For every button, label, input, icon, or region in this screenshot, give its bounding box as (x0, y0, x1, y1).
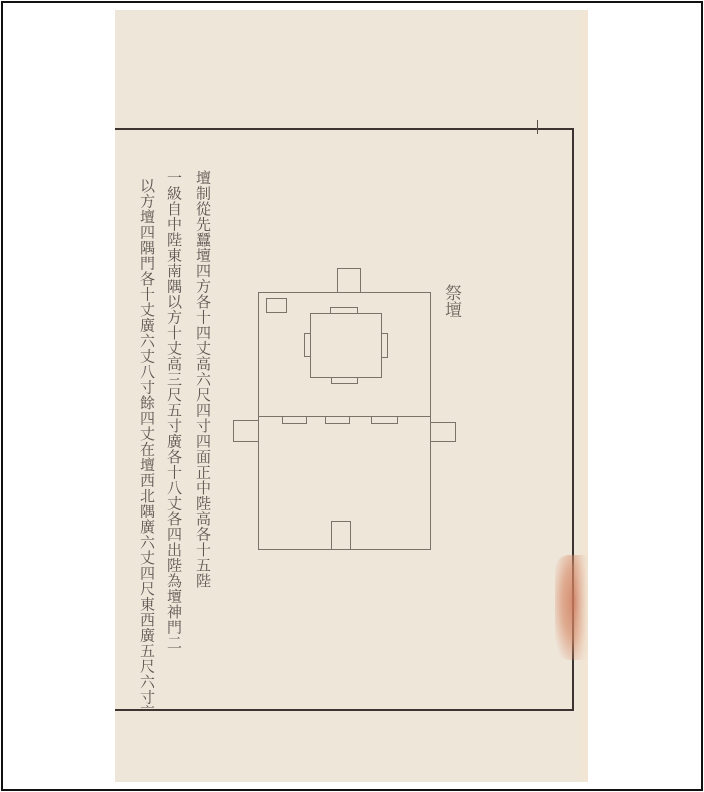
west-gate-stub (233, 420, 259, 442)
small-pavilion (266, 298, 287, 313)
east-gate-stub (430, 422, 456, 442)
altar-west-steps (304, 333, 311, 357)
altar-east-steps (381, 333, 388, 358)
red-seal-stamp (555, 555, 588, 660)
diagram-label: 祭壇 (441, 284, 461, 318)
document-page: 壇制從先蠶壇四方各十四丈高六尺四寸四面正中陛高各十五陛 一級自中陛東南隅以方十丈… (115, 10, 588, 782)
north-gate-stub (337, 268, 361, 293)
inner-gate-3 (371, 416, 398, 424)
altar-plan-diagram (115, 10, 588, 782)
inner-gate-1 (282, 416, 307, 424)
inner-gate-2 (325, 416, 350, 424)
altar-south-steps (331, 377, 358, 384)
south-gate-stub (331, 521, 351, 550)
central-altar (310, 313, 382, 378)
altar-north-steps (330, 307, 358, 314)
